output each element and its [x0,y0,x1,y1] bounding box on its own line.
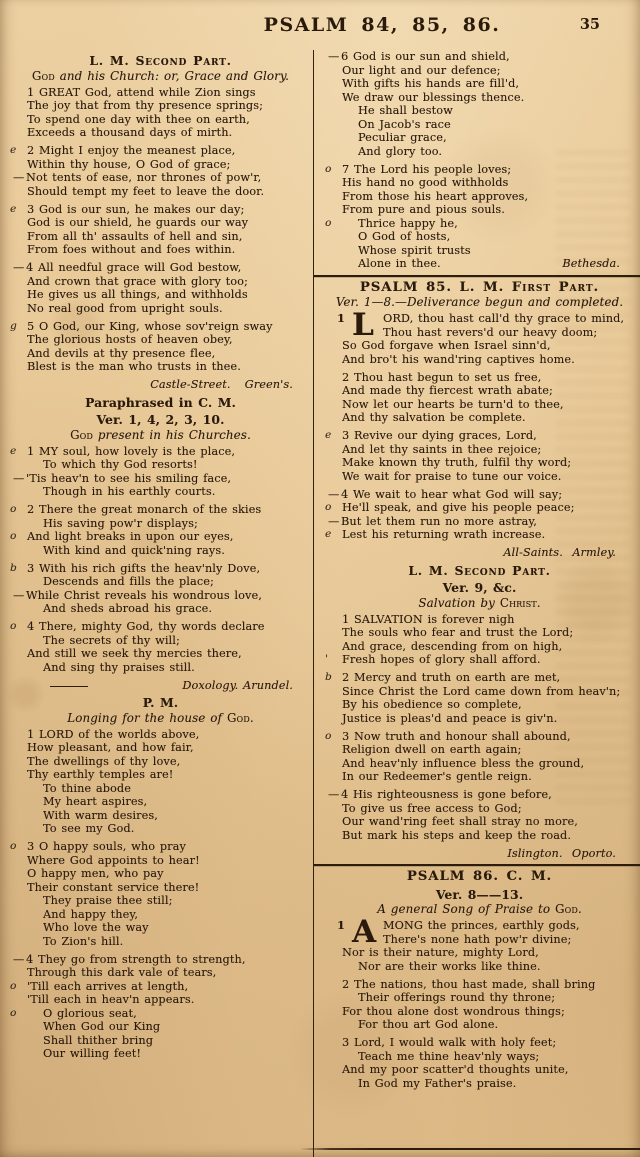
verse-line: His saving pow'r displays; [8,517,313,531]
verse-line: Nor are their works like thine. [323,960,636,974]
verse-text: And glory too. [358,145,442,158]
verse-line: b2 Mercy and truth on earth are met, [323,671,636,685]
verse-line: No real good from upright souls. [8,302,313,316]
verse-text: And light breaks in upon our eyes, [27,530,233,543]
expression-marker: o [325,217,331,231]
verse-line: From foes without and foes within. [8,243,313,257]
verse-line: To spend one day with thee on earth, [8,113,313,127]
verse-line: The souls who fear and trust the Lord; [323,626,636,640]
verse-line: g5 O God, our King, whose sov'reign sway [8,320,313,334]
verse-text: And sing thy praises still. [43,661,195,674]
stanza: 1AMONG the princes, earthly gods,There's… [323,919,636,973]
tune-line: Castle-Street. Green's. [8,378,313,392]
verse-text: 2 The nations, thou hast made, shall bri… [342,978,595,991]
verse-text: And let thy saints in thee rejoice; [342,443,541,456]
verse-line: Whose spirit trusts [323,244,636,258]
verse-text: And grace, descending from on high, [342,640,562,653]
dash-mark: — [13,261,26,275]
verse-line: And devils at thy presence flee, [8,347,313,361]
verse-text: And my poor scatter'd thoughts unite, [342,1063,568,1076]
verse-line: The joy that from thy presence springs; [8,99,313,113]
verse-line: Thy earthly temples are! [8,768,313,782]
tune-line: Doxology. Arundel. [8,679,313,693]
tune-name: Bethesda. [562,257,620,271]
tune-line: All-Saints. Armley. [323,546,636,560]
verse-text: Who love the way [43,921,149,934]
verse-line: Exceeds a thousand days of mirth. [8,126,313,140]
verse-line: o3 Now truth and honour shall abound, [323,730,636,744]
stanza: 1 GREAT God, attend while Zion singsThe … [8,86,313,140]
psalm-heading: PSALM 86. C. M. [323,870,636,884]
verse-text: 1 GREAT God, attend while Zion sings [27,86,256,99]
verse-line: o3 O happy souls, who pray [8,840,313,854]
verse-line: When God our King [8,1020,313,1034]
verse-line: Thou hast revers'd our heavy doom; [323,326,636,340]
verse-line: The secrets of thy will; [8,634,313,648]
verse-text: Exceeds a thousand days of mirth. [27,126,232,139]
smallcaps-word: Christ [500,596,537,610]
verse-text: Alone in thee. [358,257,441,270]
verse-text: Their constant service there! [27,881,199,894]
verse-line: Where God appoints to hear! [8,854,313,868]
expression-marker: o [10,620,16,634]
verse-text: Thy earthly temples are! [27,768,173,781]
verse-text: Make known thy truth, fulfil thy word; [342,456,571,469]
verse-line: Justice is pleas'd and peace is giv'n. [323,712,636,726]
verse-text: For thou art God alone. [358,1018,498,1031]
verse-text: Nor is their nature, mighty Lord, [342,946,539,959]
verse-text: The souls who fear and trust the Lord; [342,626,573,639]
verse-line: e2 Might I enjoy the meanest place, [8,144,313,158]
verse-text: 4 We wait to hear what God will say; [341,488,562,501]
stanza: e2 Might I enjoy the meanest place,Withi… [8,144,313,198]
expression-marker: o [10,840,16,854]
verse-text: With warm desires, [43,809,158,822]
verse-line: eLest his returning wrath increase. [323,528,636,542]
verse-line: 'Till each in heav'n appears. [8,993,313,1007]
verse-line: For thou alone dost wondrous things; [323,1005,636,1019]
tune-names: Islington. Oporto. [507,847,616,861]
verse-line: And glory too. [323,145,636,159]
verse-text: 1 MY soul, how lovely is the place, [27,445,235,458]
verse-line: But mark his steps and keep the road. [323,829,636,843]
verse-line: Though in his earthly courts. [8,485,313,499]
smallcaps-word: God [70,428,93,442]
dash-mark: — [13,953,26,967]
verse-line: In our Redeemer's gentle reign. [323,770,636,784]
verse-line: MONG the princes, earthly gods, [323,919,636,933]
verse-text: 4 There, mighty God, thy words declare [27,620,265,633]
verse-text: In our Redeemer's gentle reign. [342,770,532,783]
verse-line: —While Christ reveals his wondrous love, [8,589,313,603]
hymn-subject-heading: God and his Church: or, Grace and Glory. [8,70,313,84]
tune-line: Islington. Oporto. [323,847,636,861]
expression-marker: o [325,730,331,744]
verse-text: Teach me thine heav'nly ways; [358,1050,539,1063]
verse-text: 3 Revive our dying graces, Lord, [342,429,537,442]
verse-text: 5 O God, our King, whose sov'reign sway [27,320,273,333]
meter-heading: Ver. 9, &c. [323,581,636,595]
tune-names: Castle-Street. Green's. [150,378,293,392]
expression-marker: e [10,203,16,217]
verse-text: 6 God is our sun and shield, [341,50,510,63]
verse-text: God is our shield, he guards our way [27,216,248,229]
verse-text: 7 The Lord his people loves; [342,163,511,176]
verse-line: And crown that grace with glory too; [8,275,313,289]
verse-text: To see my God. [43,822,134,835]
verse-line: We draw our blessings thence. [323,91,636,105]
expression-marker: e [325,429,331,443]
verse-line: o'Till each arrives at length, [8,980,313,994]
verse-line: And my poor scatter'd thoughts unite, [323,1063,636,1077]
stanza: 2 The nations, thou hast made, shall bri… [323,978,636,1032]
expression-marker: o [325,163,331,177]
verse-line: Nor is their nature, mighty Lord, [323,946,636,960]
stanza: 2 Thou hast begun to set us free,And mad… [323,371,636,425]
meter-heading: L. M. Second Part. [8,54,313,68]
verse-line: To thine abode [8,782,313,796]
verse-line: From pure and pious souls. [323,203,636,217]
verse-text: Whose spirit trusts [358,244,471,257]
verse-line: —But let them run no more astray, [323,515,636,529]
smallcaps-word: God [555,902,578,916]
stanza: —4 They go from strength to strength,Thr… [8,953,313,1061]
verse-line: To which thy God resorts! [8,458,313,472]
verse-line: oHe'll speak, and give his people peace; [323,501,636,515]
verse-text: Justice is pleas'd and peace is giv'n. [342,712,557,725]
verse-text: 'Till each in heav'n appears. [27,993,194,1006]
verse-text: On Jacob's race [358,118,451,131]
dash-mark: — [328,488,341,502]
verse-line: Make known thy truth, fulfil thy word; [323,456,636,470]
verse-text: O happy men, who pay [27,867,164,880]
page-number: 35 [580,16,600,33]
stanza: b3 With his rich gifts the heav'nly Dove… [8,562,313,616]
verse-text: And still we seek thy mercies there, [27,647,242,660]
tune-dash-rule [50,686,88,693]
left-column: L. M. Second Part.God and his Church: or… [8,50,314,1157]
verse-line: o4 There, mighty God, thy words declare [8,620,313,634]
verse-line: Who love the way [8,921,313,935]
verse-line: Alone in thee.Bethesda. [323,257,636,271]
stanza: 1 SALVATION is forever nighThe souls who… [323,613,636,667]
verse-line: O happy men, who pay [8,867,313,881]
stanza: 3 Lord, I would walk with holy feet;Teac… [323,1036,636,1090]
verse-text: Thou hast revers'd our heavy doom; [383,326,597,339]
verse-line: e3 Revive our dying graces, Lord, [323,429,636,443]
verse-text: And happy they, [43,908,138,921]
stanza: o2 There the great monarch of the skiesH… [8,503,313,557]
verse-text: We wait for praise to tune our voice. [342,470,561,483]
dropcap-stanza-head: 1AMONG the princes, earthly gods,There's… [323,919,636,946]
verse-text: The dwellings of thy love, [27,755,180,768]
verse-line: The glorious hosts of heaven obey, [8,333,313,347]
expression-marker: ' [325,653,328,667]
verse-line: —'Tis heav'n to see his smiling face, [8,472,313,486]
verse-line: Blest is the man who trusts in thee. [8,360,313,374]
stanza: o3 O happy souls, who prayWhere God appo… [8,840,313,948]
verse-text: How pleasant, and how fair, [27,741,194,754]
verse-text: Not tents of ease, nor thrones of pow'r, [26,171,261,184]
verse-line: There's none hath pow'r divine; [323,933,636,947]
verse-text: For thou alone dost wondrous things; [342,1005,565,1018]
verse-text: 3 O happy souls, who pray [27,840,186,853]
verse-line: For thou art God alone. [323,1018,636,1032]
verse-text: His hand no good withholds [342,176,508,189]
verse-line: And let thy saints in thee rejoice; [323,443,636,457]
verse-line: Our wand'ring feet shall stray no more, [323,815,636,829]
expression-marker: o [10,1007,16,1021]
verse-line: With kind and quick'ning rays. [8,544,313,558]
verse-text: Descends and fills the place; [43,575,214,588]
verse-line: Religion dwell on earth again; [323,743,636,757]
expression-marker: o [325,501,331,515]
verse-text: And crown that grace with glory too; [27,275,248,288]
verse-line: b3 With his rich gifts the heav'nly Dove… [8,562,313,576]
verse-line: The dwellings of thy love, [8,755,313,769]
verse-line: And happy they, [8,908,313,922]
verse-text: 'Till each arrives at length, [27,980,188,993]
verse-line: And bro't his wand'ring captives home. [323,353,636,367]
verse-text: And bro't his wand'ring captives home. [342,353,575,366]
verse-text: Shall thither bring [43,1034,153,1047]
verse-line: To Zion's hill. [8,935,313,949]
verse-text: Since Christ the Lord came down from hea… [342,685,620,698]
verse-text: To spend one day with thee on earth, [27,113,250,126]
verse-text: My heart aspires, [43,795,147,808]
verse-text: In God my Father's praise. [358,1077,516,1090]
expression-marker: b [10,562,17,576]
meter-heading: P. M. [8,696,313,710]
verse-text: But let them run no more astray, [341,515,537,528]
verse-line: So God forgave when Israel sinn'd, [323,339,636,353]
verse-text: O God of hosts, [358,230,450,243]
verse-text: Thrice happy he, [358,217,458,230]
psalm-heading: PSALM 85. L. M. First Part. [323,281,636,295]
verse-text: From all th' assaults of hell and sin, [27,230,242,243]
expression-marker: o [10,530,16,544]
verse-text: And devils at thy presence flee, [27,347,215,360]
verse-line: 3 Lord, I would walk with holy feet; [323,1036,636,1050]
verse-text: When God our King [43,1020,160,1033]
dash-mark: — [328,50,341,64]
expression-marker: g [10,320,17,334]
verse-line: 'Fresh hopes of glory shall afford. [323,653,636,667]
expression-marker: e [10,144,16,158]
verse-line: o2 There the great monarch of the skies [8,503,313,517]
verse-text: And heav'nly influence bless the ground, [342,757,584,770]
verse-line: Our light and our defence; [323,64,636,78]
meter-heading: Paraphrased in C. M. [8,396,313,410]
verse-line: He shall bestow [323,104,636,118]
verse-text: To thine abode [43,782,131,795]
verse-text: The secrets of thy will; [43,634,180,647]
verse-line: 1 LORD of the worlds above, [8,728,313,742]
stanza: b2 Mercy and truth on earth are met,Sinc… [323,671,636,725]
verse-text: 2 Mercy and truth on earth are met, [342,671,560,684]
verse-line: And grace, descending from on high, [323,640,636,654]
verse-line: Within thy house, O God of grace; [8,158,313,172]
stanza: e3 God is our sun, he makes our day;God … [8,203,313,257]
verse-text: But mark his steps and keep the road. [342,829,571,842]
verse-line: —Not tents of ease, nor thrones of pow'r… [8,171,313,185]
verse-line: From all th' assaults of hell and sin, [8,230,313,244]
verse-line: My heart aspires, [8,795,313,809]
verse-text: Now let our hearts be turn'd to thee, [342,398,564,411]
verse-text: Through this dark vale of tears, [27,966,216,979]
verse-line: —4 All needful grace will God bestow, [8,261,313,275]
verse-text: Religion dwell on earth again; [342,743,521,756]
verse-text: The joy that from thy presence springs; [27,99,263,112]
verse-text: From those his heart approves, [342,190,528,203]
verse-text: O glorious seat, [43,1007,137,1020]
meter-heading: Ver. 1, 4, 2, 3, 10. [8,413,313,427]
verse-text: 4 His righteousness is gone before, [341,788,552,801]
page-title: PSALM 84, 85, 86. [264,14,501,36]
verse-line: We wait for praise to tune our voice. [323,470,636,484]
stanza: g5 O God, our King, whose sov'reign sway… [8,320,313,374]
psalter-page: PSALM 84, 85, 86. 35 L. M. Second Part.G… [0,0,640,1157]
verse-text: Nor are their works like thine. [358,960,541,973]
verse-line: To see my God. [8,822,313,836]
meter-heading: Ver. 8——13. [323,888,636,902]
verse-line: And sing thy praises still. [8,661,313,675]
verse-text: Their offerings round thy throne; [358,991,555,1004]
verse-line: And made thy fiercest wrath abate; [323,384,636,398]
verse-line: And sheds abroad his grace. [8,602,313,616]
verse-line: —6 God is our sun and shield, [323,50,636,64]
verse-line: 1 SALVATION is forever nigh [323,613,636,627]
verse-text: 3 Now truth and honour shall abound, [342,730,571,743]
verse-text: While Christ reveals his wondrous love, [26,589,262,602]
verse-text: 4 They go from strength to strength, [26,953,246,966]
verse-text: 1 SALVATION is forever nigh [342,613,514,626]
verse-text: 2 Might I enjoy the meanest place, [27,144,235,157]
verse-text: To give us free access to God; [342,802,522,815]
verse-line: Shall thither bring [8,1034,313,1048]
verse-text: Our light and our defence; [342,64,501,77]
dash-mark: — [328,515,341,529]
verse-text: His saving pow'r displays; [43,517,198,530]
hymn-subject-heading: God present in his Churches. [8,429,313,443]
verse-line: He gives us all things, and withholds [8,288,313,302]
expression-marker: o [10,503,16,517]
verse-text: He shall bestow [358,104,453,117]
verse-text: Should tempt my feet to leave the door. [27,185,264,198]
verse-line: Teach me thine heav'nly ways; [323,1050,636,1064]
verse-line: Now let our hearts be turn'd to thee, [323,398,636,412]
verse-line: In God my Father's praise. [323,1077,636,1091]
verse-line: oThrice happy he, [323,217,636,231]
verse-text: ORD, thou hast call'd thy grace to mind, [383,312,624,325]
verse-line: e1 MY soul, how lovely is the place, [8,445,313,459]
verse-text: So God forgave when Israel sinn'd, [342,339,551,352]
hymn-subject-heading: Longing for the house of God. [8,712,313,726]
expression-marker: b [325,671,332,685]
verse-text: 3 With his rich gifts the heav'nly Dove, [27,562,260,575]
verse-text: The glorious hosts of heaven obey, [27,333,233,346]
verse-line: From those his heart approves, [323,190,636,204]
verse-text: No real good from upright souls. [27,302,223,315]
verse-text: 3 Lord, I would walk with holy feet; [342,1036,556,1049]
verse-line: —4 His righteousness is gone before, [323,788,636,802]
verse-text: With gifts his hands are fill'd, [342,77,519,90]
verse-line: o7 The Lord his people loves; [323,163,636,177]
section-rule [314,275,640,277]
verse-text: From pure and pious souls. [342,203,505,216]
verse-text: To which thy God resorts! [43,458,198,471]
smallcaps-word: God [32,69,55,83]
stanza: —4 We wait to hear what God will say;oHe… [323,488,636,542]
dash-mark: — [13,472,26,486]
verse-text: 2 Thou hast begun to set us free, [342,371,541,384]
verse-text: 4 All needful grace will God bestow, [26,261,241,274]
stanza: o4 There, mighty God, thy words declareT… [8,620,313,674]
verse-text: To Zion's hill. [43,935,123,948]
verse-text: 3 God is our sun, he makes our day; [27,203,244,216]
verse-text: Lest his returning wrath increase. [342,528,545,541]
smallcaps-word: God [227,711,250,725]
verse-text: Our wand'ring feet shall stray no more, [342,815,578,828]
verse-line: With warm desires, [8,809,313,823]
verse-line: Descends and fills the place; [8,575,313,589]
dash-mark: — [13,589,26,603]
verse-line: By his obedience so complete, [323,698,636,712]
stanza: —6 God is our sun and shield,Our light a… [323,50,636,158]
dash-mark: — [13,171,26,185]
section-rule [314,864,640,866]
verse-line: To give us free access to God; [323,802,636,816]
dropcap-stanza-head: 1LORD, thou hast call'd thy grace to min… [323,312,636,339]
verse-line: 2 The nations, thou hast made, shall bri… [323,978,636,992]
verse-line: Their offerings round thy throne; [323,991,636,1005]
verse-text: Though in his earthly courts. [43,485,215,498]
verse-line: On Jacob's race [323,118,636,132]
stanza: 1 LORD of the worlds above,How pleasant,… [8,728,313,836]
verse-line: And thy salvation be complete. [323,411,636,425]
verse-text: Within thy house, O God of grace; [27,158,230,171]
verse-text: And thy salvation be complete. [342,411,526,424]
stanza: e1 MY soul, how lovely is the place,To w… [8,445,313,499]
verse-text: We draw our blessings thence. [342,91,524,104]
verse-line: Their constant service there! [8,881,313,895]
verse-text: He'll speak, and give his people peace; [342,501,575,514]
expression-marker: o [10,980,16,994]
verse-text: 1 LORD of the worlds above, [27,728,199,741]
verse-line: With gifts his hands are fill'd, [323,77,636,91]
verse-text: By his obedience so complete, [342,698,522,711]
verse-line: God is our shield, he guards our way [8,216,313,230]
stanza: —4 All needful grace will God bestow,And… [8,261,313,315]
stanza: —4 His righteousness is gone before,To g… [323,788,636,842]
right-column: —6 God is our sun and shield,Our light a… [314,50,640,1157]
verse-text: And made thy fiercest wrath abate; [342,384,553,397]
tune-names: Doxology. Arundel. [182,679,293,693]
verse-line: Our willing feet! [8,1047,313,1061]
verse-line: Peculiar grace, [323,131,636,145]
verse-text: MONG the princes, earthly gods, [383,919,580,932]
verse-text: 2 There the great monarch of the skies [27,503,261,516]
expression-marker: e [10,445,16,459]
verse-text: 'Tis heav'n to see his smiling face, [26,472,231,485]
verse-line: And heav'nly influence bless the ground, [323,757,636,771]
verse-text: There's none hath pow'r divine; [383,933,571,946]
stanza: o7 The Lord his people loves;His hand no… [323,163,636,271]
verse-line: They praise thee still; [8,894,313,908]
expression-marker: e [325,528,331,542]
verse-text: And sheds abroad his grace. [43,602,212,615]
stanza: e3 Revive our dying graces, Lord,And let… [323,429,636,483]
